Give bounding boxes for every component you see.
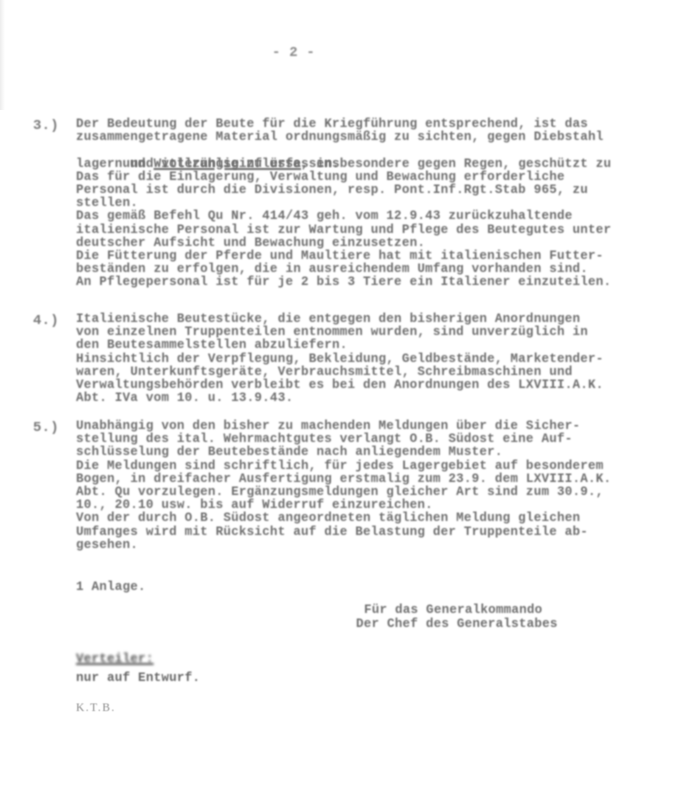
text-line: An Pflegepersonal ist für je 2 bis 3 Tie… (76, 276, 611, 289)
page-number: - 2 - (272, 45, 315, 61)
section-body: Unabhängig von den bisher zu machenden M… (76, 420, 611, 552)
text-line: schlüsselung der Beutebestände nach anli… (76, 446, 611, 459)
text-line: gesehen. (76, 539, 611, 552)
text-line: Personal ist durch die Divisionen, resp.… (76, 184, 611, 197)
distribution-heading: Verteiler: (76, 652, 200, 666)
text-line: Von der durch O.B. Südost angeordneten t… (76, 512, 611, 525)
section-body: Italienische Beutestücke, die entgegen d… (76, 313, 604, 405)
text-line: deutscher Aufsicht und Bewachung einzuse… (76, 237, 611, 250)
attachment-note: 1 Anlage. (76, 580, 146, 594)
signature-block: Für das Generalkommando Der Chef des Gen… (356, 603, 558, 631)
text-line: waren, Unterkunftsgeräte, Verbrauchsmitt… (76, 366, 604, 379)
text-line: Hinsichtlich der Verpflegung, Bekleidung… (76, 353, 604, 366)
text-line: Das gemäß Befehl Qu Nr. 414/43 geh. vom … (76, 210, 611, 223)
text-line-underlined: und Witterungseinflüsse, insbesondere ge… (76, 144, 611, 157)
text-line: den Beutesammelstellen abzuliefern. (76, 339, 604, 352)
signature-line-1: Für das Generalkommando (356, 603, 558, 617)
text-line: Abt. IVa vom 10. u. 13.9.43. (76, 392, 604, 405)
text-line: Das für die Einlagerung, Verwaltung und … (76, 171, 611, 184)
signature-line-2: Der Chef des Generalstabes (356, 617, 558, 631)
text-line: Die Meldungen sind schriftlich, für jede… (76, 460, 611, 473)
ktb-reference: K.T.B. (76, 702, 116, 714)
text-line: zusammengetragene Material ordnungsmäßig… (76, 131, 611, 144)
text-line: Bogen, in dreifacher Ausfertigung erstma… (76, 473, 611, 486)
section-number: 3.) (33, 118, 59, 134)
text-line: italienische Personal ist zur Wartung un… (76, 224, 611, 237)
section-number: 4.) (33, 313, 59, 329)
section-body: Der Bedeutung der Beute für die Kriegfüh… (76, 118, 611, 289)
distribution-note: nur auf Entwurf. (76, 671, 200, 685)
section-number: 5.) (33, 420, 59, 436)
distribution-block: Verteiler: nur auf Entwurf. (76, 652, 200, 685)
scanned-page-edge (0, 0, 5, 110)
text-line: lagern und vollzählig zu erfassen. (76, 158, 611, 171)
text-line: Umfanges wird mit Rücksicht auf die Bela… (76, 526, 611, 539)
